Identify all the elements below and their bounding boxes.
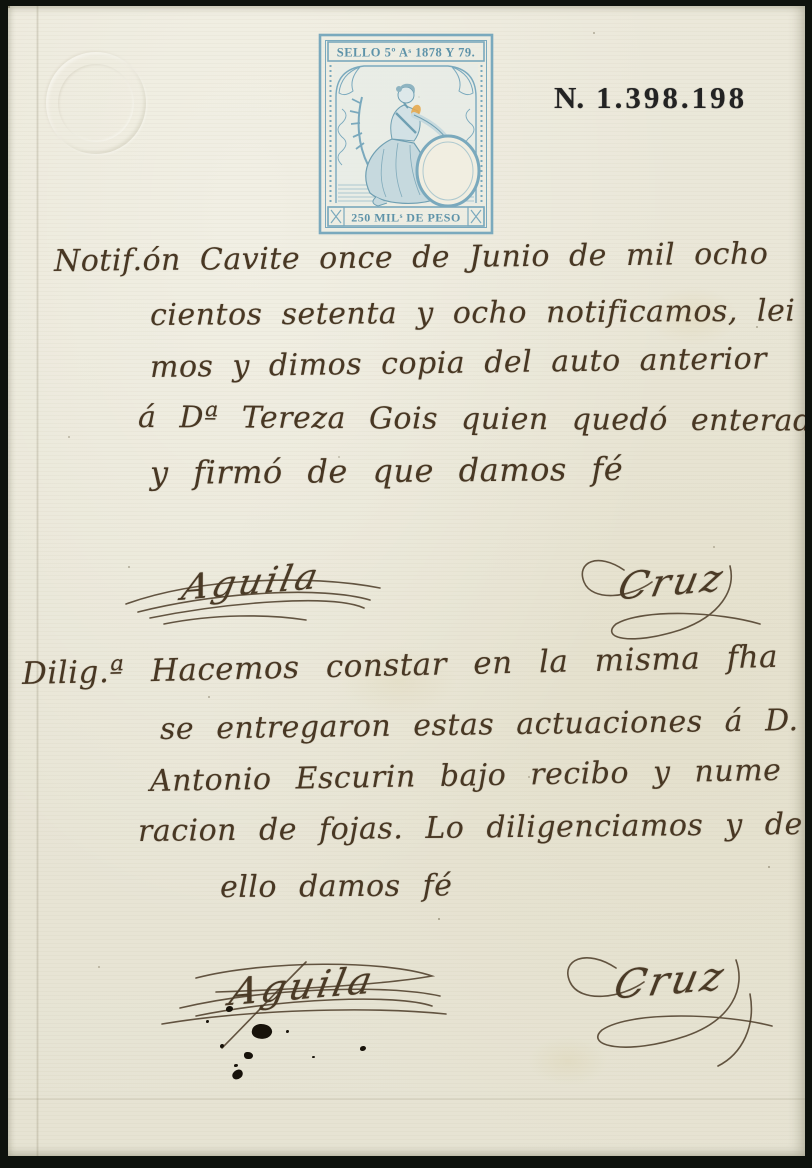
figure-hair-bun	[396, 86, 402, 92]
signature-second-left: Aguila	[156, 952, 456, 1052]
paper-sheet: SELLO 5º Aˢ 1878 Y 79.	[8, 6, 805, 1156]
ink-blot	[234, 1064, 238, 1067]
serial-prefix: N.	[554, 80, 584, 115]
diligencia-line: se entregaron estas actuaciones á D.	[160, 703, 799, 747]
diligencia-line: Antonio Escurin bajo recibo y nume	[150, 753, 782, 799]
signature-first-left: Aguila	[118, 554, 398, 634]
embossed-dry-seal-icon	[46, 52, 146, 154]
ink-blot	[244, 1052, 253, 1059]
diligencia-line: Dilig.ª Hacemos constar en la misma fha	[22, 639, 779, 692]
paper-specks	[8, 6, 10, 8]
stamp-header-text: SELLO 5º Aˢ 1878 Y 79.	[337, 46, 475, 60]
diligencia-line: racion de fojas. Lo diligenciamos y de	[138, 807, 803, 849]
ink-blot	[312, 1056, 315, 1058]
ink-blot	[231, 1068, 244, 1080]
stamp-denomination-text: 250 MILˢ DE PESO	[351, 211, 461, 225]
diligencia-line: ello damos fé	[220, 868, 453, 905]
notification-line: Notif.ón Cavite once de Junio de mil och…	[54, 237, 769, 279]
serial-number: N.1.398.198	[554, 80, 747, 116]
scanned-page: SELLO 5º Aˢ 1878 Y 79.	[0, 0, 812, 1168]
notification-line: mos y dimos copia del auto anterior	[150, 341, 767, 385]
signature-second-right: Cruz	[536, 942, 796, 1072]
revenue-stamp: SELLO 5º Aˢ 1878 Y 79.	[318, 33, 494, 235]
notification-line: y firmó de que damos fé	[150, 450, 624, 492]
serial-digits: 1.398.198	[596, 80, 747, 115]
notification-line: cientos setenta y ocho notificamos, lei	[150, 293, 796, 333]
oval-shield-icon	[417, 136, 479, 206]
notification-line: á Dª Tereza Gois quien quedó enterada	[138, 400, 805, 439]
revenue-stamp-graphic: SELLO 5º Aˢ 1878 Y 79.	[318, 33, 494, 235]
paper-crease-vertical	[36, 6, 39, 1156]
paper-crease-horizontal	[8, 1098, 805, 1100]
